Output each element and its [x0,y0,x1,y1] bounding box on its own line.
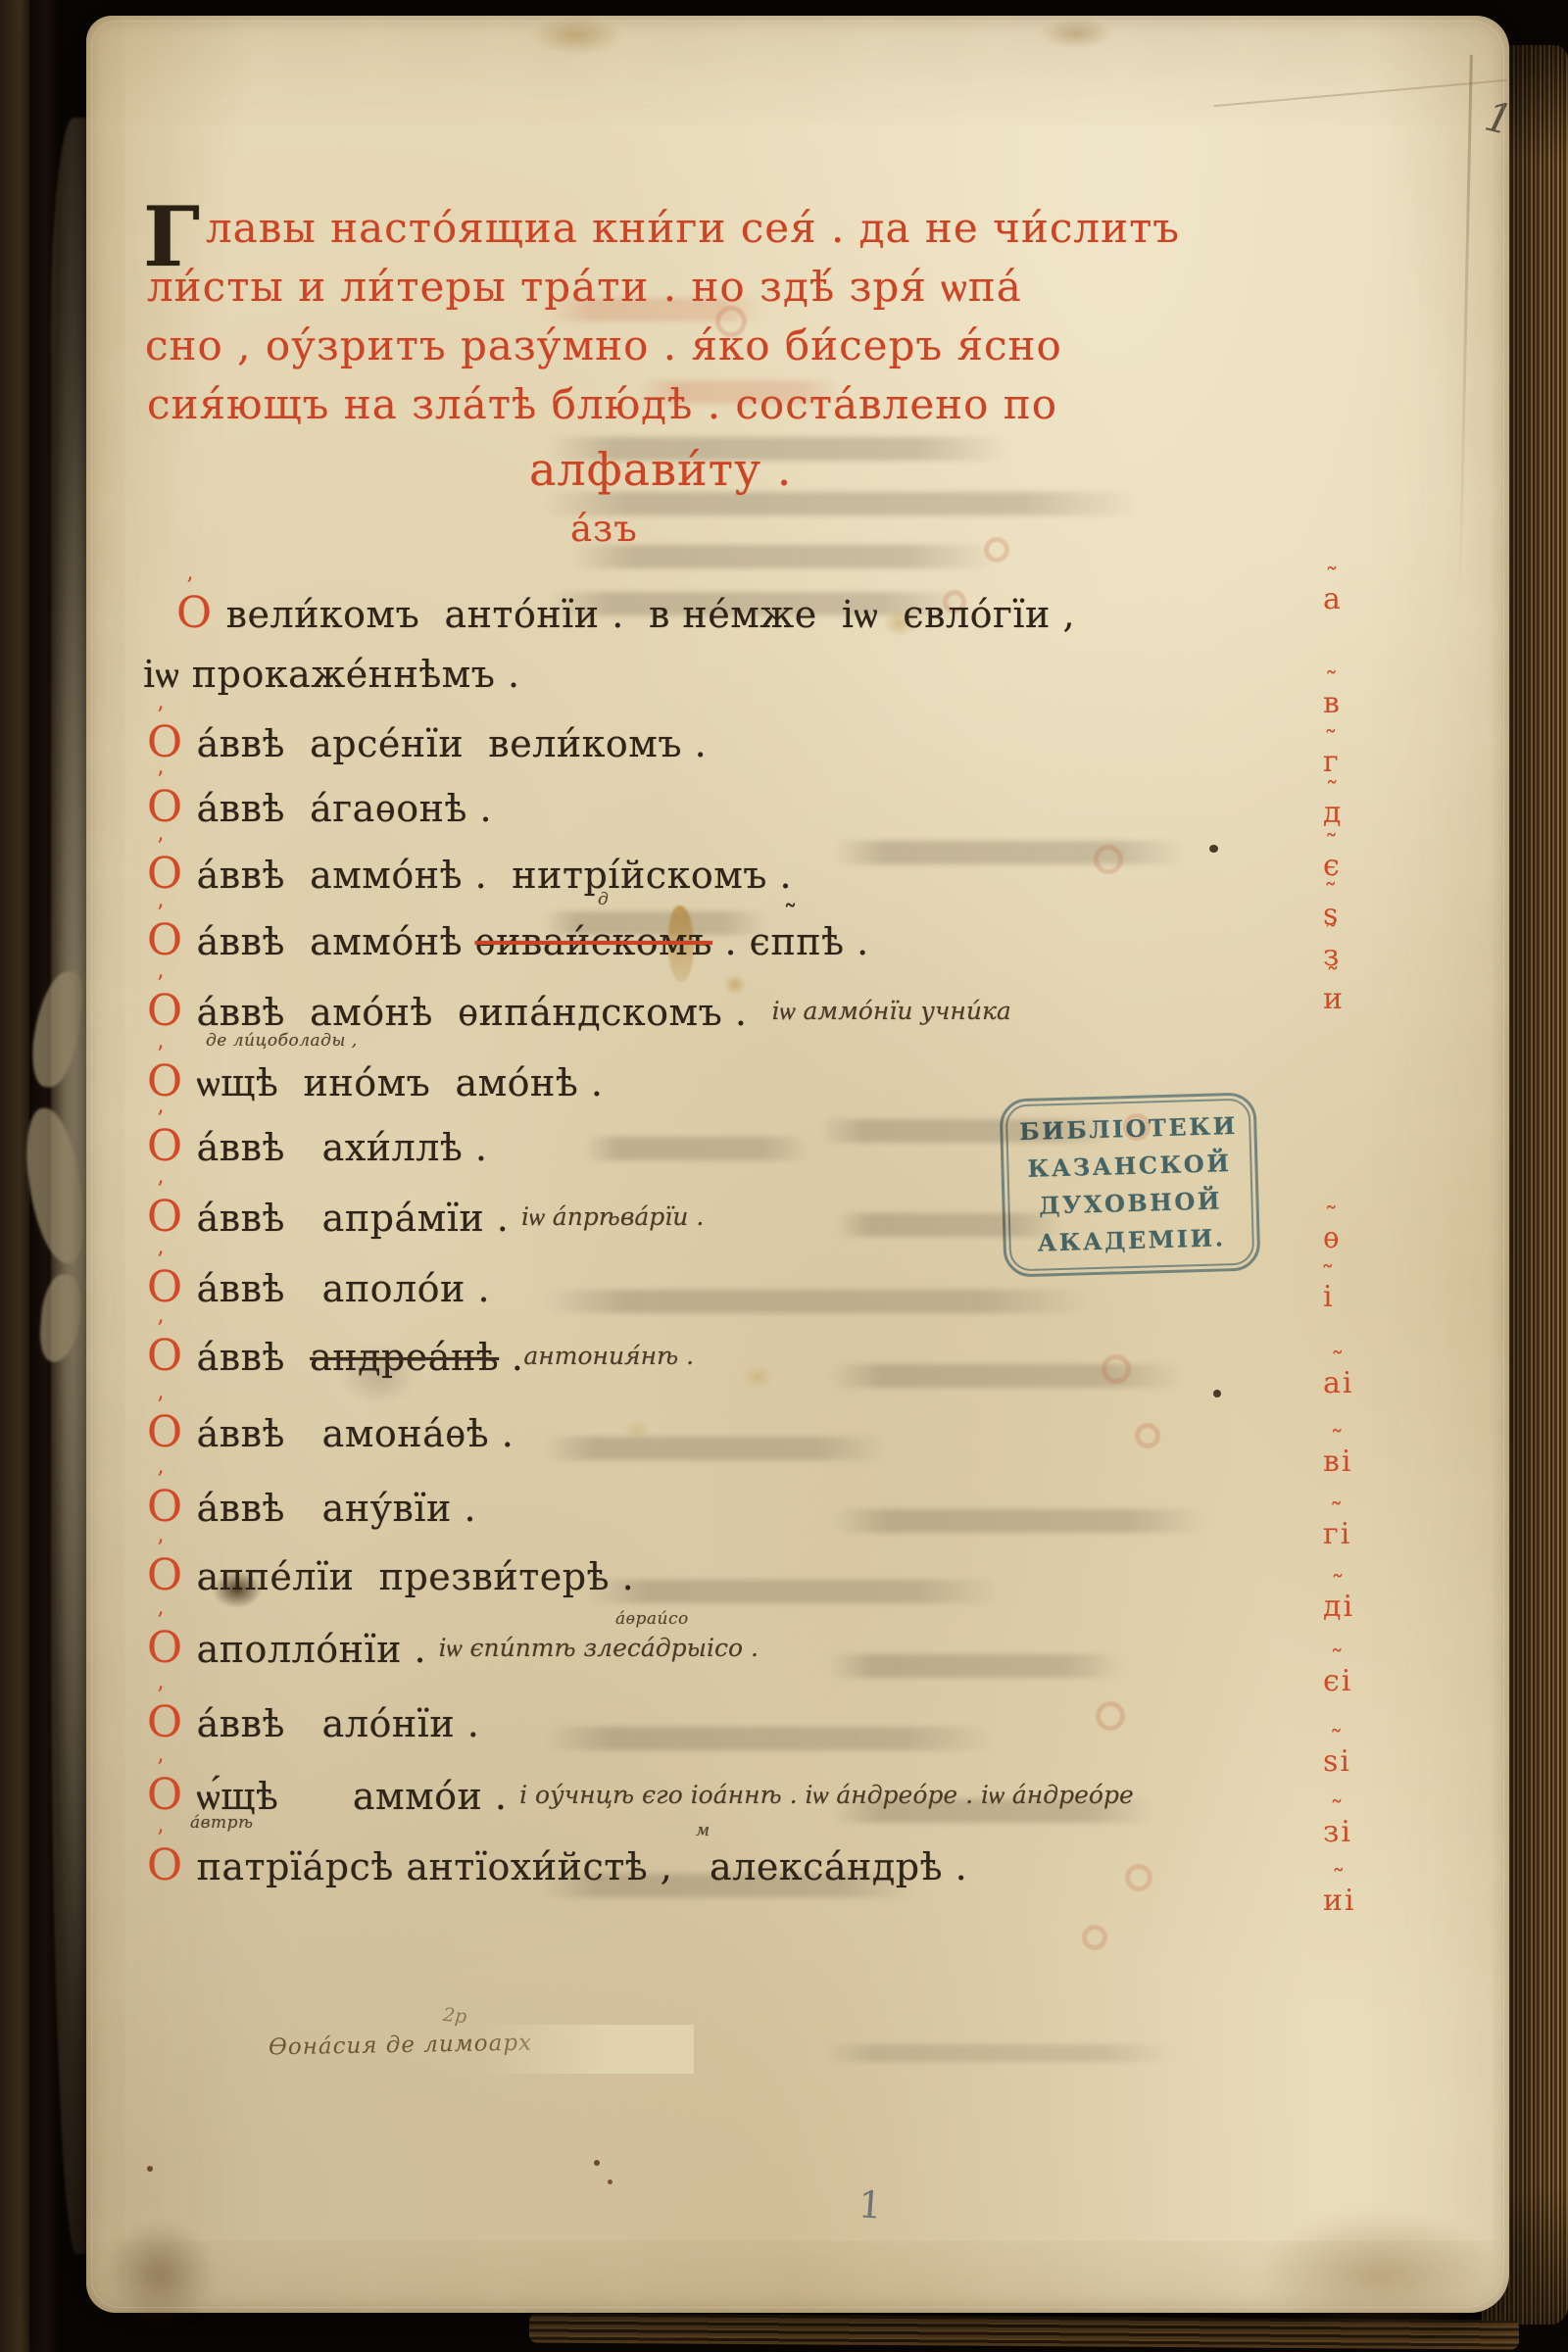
entry-text: а́ввѣ аммо́нѣ [197,920,475,963]
entry-text: а́ввѣ амона́ѳѣ . [197,1412,514,1455]
margin-numeral: ді [1323,1590,1392,1624]
entry-text: ѡ́щѣ аммо́и . [197,1775,508,1818]
margin-numeral-text: ѳ [1323,1221,1342,1255]
margin-numeral: а [1323,582,1392,616]
margin-numeral: гі [1323,1517,1392,1551]
toc-entry: Овели́комъ анто́нїи . в не́мже іѡ євло́г… [176,588,1075,638]
entry-text: а́ввѣ аполо́и . [197,1267,490,1310]
ink-bleed-line [543,1437,886,1460]
entry-initial: О [147,717,183,767]
cursive-addendum: іѡ а́прѣва́рїи . [521,1202,704,1231]
margin-numeral: г [1323,745,1392,779]
toc-entry: Оа́ввѣ арсе́нїи вели́комъ . [147,717,707,767]
entry-text: аппе́лїи презви́терѣ . [197,1555,635,1598]
toc-entry: Оа́ввѣ амона́ѳѣ . [147,1407,514,1457]
stain [1039,18,1113,49]
entry-text: вели́комъ анто́нїи . в не́мже іѡ євло́гї… [226,593,1075,636]
entry-initial: О [147,1121,183,1171]
toc-entry: Оѡщѣ ино́мъ амо́нѣ . [147,1056,603,1106]
stain [529,16,623,55]
toc-entry: Оа́ввѣ ало́нїи . [147,1697,479,1747]
stamp-line: АКАДЕМІИ. [1037,1219,1226,1261]
toc-entry-continuation: іѡ прокаже́ннѣмъ . [143,653,520,697]
interlinear-correction: д [598,890,609,909]
entry-initial: О [147,1482,183,1532]
entry-initial: О [147,986,183,1036]
entry-initial: О [147,1840,183,1890]
toc-entry: Оаполло́нїи . іѡ єпи́птѣ злеса́дрыісо .а… [147,1623,759,1673]
entry-initial: О [147,1262,183,1312]
ink-bleed-line [833,1509,1205,1533]
inscription-mark: 2р [442,2004,467,2028]
section-letter-az: а́зъ [570,508,638,550]
margin-numeral: ві [1323,1445,1392,1479]
stain [106,2221,214,2328]
margin-numeral-text: зі [1323,1815,1352,1849]
margin-numeral-text: ді [1323,1590,1354,1624]
margin-numeral-text: ѕі [1323,1744,1351,1779]
margin-numeral: ѕі [1323,1744,1392,1779]
ink-bleed-line [829,1654,1123,1678]
margin-numeral-text: иі [1323,1884,1356,1918]
header-line: ли́сты и ли́теры тра́ти . но здѣ́ зря́ ѡ… [147,263,1022,312]
header-drop-initial: Г [143,202,200,271]
entry-text: патрїа́рсѣ антїохи́йстѣ , алекса́ндрѣ . [197,1845,968,1888]
toc-entry: Оѡ́щѣ аммо́и . і оу́чнцѣ єго іоа́ннѣ . і… [147,1770,1134,1820]
entry-initial: О [176,588,213,638]
margin-numeral-text: а [1323,582,1343,616]
margin-numeral: иі [1323,1884,1392,1918]
ink-bleed-ring [984,537,1009,563]
margin-numeral: ѳ [1323,1221,1392,1255]
ink-bleed-ring [1125,1864,1152,1891]
margin-numeral-text: і [1323,1280,1335,1314]
margin-numeral-text: г [1323,745,1341,779]
entry-text: а́ввѣ ахи́ллѣ . [197,1126,488,1169]
entry-struck-word: ѳиваи́скомъ [475,920,712,963]
entry-text: іѡ прокаже́ннѣмъ . [143,653,520,696]
manuscript-page: Г лавы насто́ящиа кни́ги сея́ . да не чи… [86,16,1509,2313]
toc-entry: Оа́ввѣ ахи́ллѣ . [147,1121,487,1171]
ink-bleed-ring [1102,1354,1131,1384]
header-line: лавы насто́ящиа кни́ги сея́ . да не чи́с… [206,204,1180,252]
ink-bleed-ring [1082,1925,1107,1950]
margin-numeral: в [1323,686,1392,720]
stamp-line: КАЗАНСКОЙ [1027,1145,1232,1188]
entry-initial: О [147,1192,183,1242]
cursive-addendum: іѡ єпи́птѣ злеса́дрыісо . [439,1634,759,1662]
entry-struck-word: андреа́нѣ [310,1336,499,1379]
cursive-addendum: іѡ аммо́нїи учни́ка [772,997,1011,1025]
margin-numeral-text: и [1323,982,1345,1016]
margin-numeral: и [1323,982,1392,1016]
entry-initial: О [147,915,183,965]
library-stamp-inner-border: БИБЛІОТЕКИ КАЗАНСКОЙ ДУХОВНОЙ АКАДЕМІИ. [1005,1099,1255,1272]
margin-numeral: єі [1323,1664,1392,1698]
folio-number-bottom: 1 [857,2182,883,2228]
entry-initial: О [147,1770,183,1820]
interlinear-note: м [696,1821,710,1840]
stamp-line: БИБЛІОТЕКИ [1019,1107,1239,1151]
header-line: сия́ющъ на зла́тѣ блю́дѣ . соста́влено п… [147,380,1057,428]
cursive-addendum: і оу́чнцѣ єго іоа́ннѣ . іѡ а́ндрео́ре . … [519,1781,1134,1809]
photograph-of-manuscript: Г лавы насто́ящиа кни́ги сея́ . да не чи… [0,0,1568,2352]
entry-initial: О [147,1407,183,1457]
stain [623,1419,651,1441]
interlinear-note: де ли́цоболады , [206,1031,358,1051]
margin-numeral: д [1323,796,1392,830]
entry-text: а́ввѣ аммо́нѣ . нитрі́йскомъ . [197,854,793,897]
ink-bleed-ring [1094,845,1123,874]
inscription-fade [478,2025,694,2074]
ink-bleed-ring [1096,1701,1125,1731]
speck [594,2160,600,2166]
toc-entry: Опатрїа́рсѣ антїохи́йстѣ , алекса́ндрѣ .… [147,1840,967,1890]
entry-text: а́ввѣ ало́нїи . [197,1702,480,1745]
toc-entry: Оа́ввѣ аммо́нѣ . нитрі́йскомъ . [147,849,792,899]
margin-numeral: аі [1323,1366,1392,1400]
page-crease [1213,79,1506,107]
entry-initial: О [147,1697,183,1747]
stain [741,1364,774,1390]
toc-entry: Оа́ввѣ аполо́и . [147,1262,490,1312]
interlinear-note: а́втрѣ [190,1813,254,1833]
toc-entry: Оа́ввѣ андреа́нѣ .антония́нѣ . [147,1331,694,1381]
margin-numeral-text: д [1323,796,1343,830]
entry-initial: О [147,849,183,899]
ink-bleed-line [584,1137,809,1160]
toc-entry: Оаппе́лїи презви́терѣ . [147,1550,634,1600]
entry-text: а́ввѣ а́гаѳонѣ . [197,787,493,830]
ink-bleed-ring [1135,1423,1160,1448]
margin-numeral-text: ві [1323,1445,1352,1479]
margin-numeral: і [1323,1280,1392,1314]
ink-bleed-line [543,1290,1092,1313]
entry-text: а́ввѣ арсе́нїи вели́комъ . [197,722,708,765]
entry-text: а́ввѣ апра́мїи . [197,1197,510,1240]
entry-initial: О [147,1623,183,1673]
entry-initial: О [147,1056,183,1106]
entry-text: аполло́нїи . [197,1628,426,1671]
page-crease [1458,55,1473,604]
margin-numeral-text: єі [1323,1664,1352,1698]
ink-bleed-line [543,1727,994,1750]
margin-numeral: зі [1323,1815,1392,1849]
ink-bleed-line [586,1580,998,1603]
cursive-addendum: антония́нѣ . [523,1342,694,1370]
margin-numeral-text: гі [1323,1517,1351,1551]
speck [1213,1390,1221,1397]
speck [147,2166,153,2172]
library-stamp: БИБЛІОТЕКИ КАЗАНСКОЙ ДУХОВНОЙ АКАДЕМІИ. [1000,1092,1261,1277]
entry-text: а́ввѣ [197,1336,311,1379]
entry-initial: О [147,1331,183,1381]
speck [608,2180,612,2184]
margin-numeral-text: в [1323,686,1342,720]
ink-bleed-line [821,2044,1174,2062]
entry-text: . єппѣ . [712,920,869,963]
entry-initial: О [147,782,183,832]
stamp-line: ДУХОВНОЙ [1039,1182,1223,1224]
stain [1262,2211,1497,2338]
entry-text: ѡщѣ ино́мъ амо́нѣ . [197,1061,604,1104]
entry-text: . [499,1336,523,1379]
speck [1209,845,1218,853]
margin-numeral-text: аі [1323,1366,1353,1400]
ink-bleed-line [833,841,1186,864]
toc-entry: Оа́ввѣ апра́мїи . іѡ а́прѣва́рїи . [147,1192,704,1242]
entry-initial: О [147,1550,183,1600]
header-alphabet-line: алфави́ту . [529,443,792,496]
header-line: сно , оу́зритъ разу́мно . я́ко би́серъ я… [145,321,1062,369]
toc-entry: Оа́ввѣ амо́нѣ ѳипа́ндскомъ . іѡ аммо́нїи… [147,986,1011,1036]
toc-entry: Оа́ввѣ ану́вїи . [147,1482,476,1532]
entry-text: а́ввѣ амо́нѣ ѳипа́ндскомъ . [197,991,748,1034]
entry-text: а́ввѣ ану́вїи . [197,1487,476,1530]
toc-entry: Оа́ввѣ а́гаѳонѣ . [147,782,492,832]
toc-entry: Оа́ввѣ аммо́нѣ ѳиваи́скомъ . єппѣ .д [147,915,869,965]
interlinear-note: а́ѳраи́со [615,1609,689,1629]
